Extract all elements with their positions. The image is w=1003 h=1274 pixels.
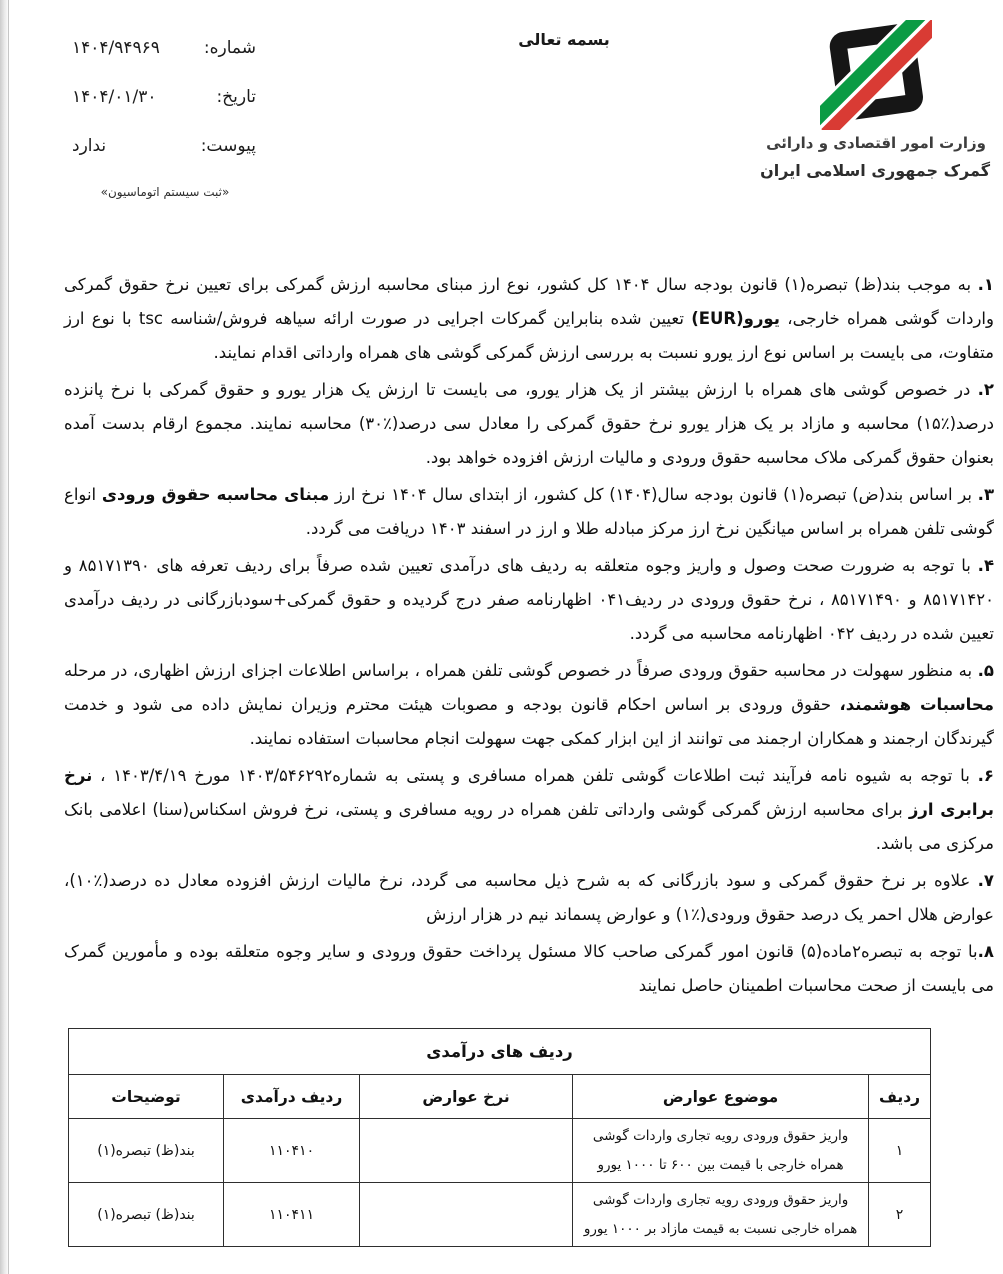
paragraph-bold-text: محاسبات هوشمند، [839,695,994,714]
letter-date-label: تاریخ: [216,87,256,107]
notes-cell: بند(ظ) تبصره(۱) [69,1119,224,1183]
paragraph-text: با توجه به تبصره۲ماده(۵) قانون امور گمرک… [64,942,994,995]
body-paragraph-7: ۷. علاوه بر نرخ حقوق گمرکی و سود بازرگان… [64,864,994,932]
body-paragraph-5: ۵. به منظور سهولت در محاسبه حقوق ورودی ص… [64,654,994,756]
rate-cell [360,1119,573,1183]
paragraph-bold-text: مبنای محاسبه حقوق ورودی [102,485,329,504]
letter-body: ۱. به موجب بند(ظ) تبصره(۱) قانون بودجه س… [64,268,994,1006]
body-paragraph-6: ۶. با توجه به شیوه نامه فرآیند ثبت اطلاع… [64,759,994,861]
paragraph-number: ۴. [978,556,994,575]
ministry-name: وزارت امور اقتصادی و دارائی [762,134,990,152]
attachment-value: ندارد [72,136,106,156]
paragraph-text: بر اساس بند(ض) تبصره(۱) قانون بودجه سال(… [329,485,972,504]
org-header-block: وزارت امور اقتصادی و دارائی گمرک جمهوری … [762,20,990,180]
paragraph-text: برای محاسبه ارزش گمرکی گوشی وارداتی تلفن… [64,800,994,853]
body-paragraph-1: ۱. به موجب بند(ظ) تبصره(۱) قانون بودجه س… [64,268,994,370]
row-number-cell: ۲ [869,1183,931,1247]
letter-attachment-row: پیوست: ندارد [72,136,256,156]
income-row-cell: ۱۱۰۴۱۰ [224,1119,360,1183]
paragraph-number: ۳. [978,485,994,504]
table-title: ردیف های درآمدی [69,1029,931,1075]
table-header-row: ردیف موضوع عوارض نرخ عوارض ردیف درآمدی ت… [69,1075,931,1119]
revenue-rows-table: ردیف های درآمدی ردیف موضوع عوارض نرخ عوا… [68,1028,931,1247]
paragraph-number: ۶. [978,766,994,785]
attachment-label: پیوست: [201,136,256,156]
table-header-rate: نرخ عوارض [360,1075,573,1119]
paragraph-text: با توجه به ضرورت صحت وصول و واریز وجوه م… [64,556,994,643]
letter-date-value: ۱۴۰۴/۰۱/۳۰ [72,87,157,107]
table-row: ۲ واریز حقوق ورودی رویه تجاری واردات گوش… [69,1183,931,1247]
body-paragraph-2: ۲. در خصوص گوشی های همراه با ارزش بیشتر … [64,373,994,475]
paragraph-text: با توجه به شیوه نامه فرآیند ثبت اطلاعات … [92,766,969,785]
letter-date-row: تاریخ: ۱۴۰۴/۰۱/۳۰ [72,87,256,107]
letter-number-label: شماره: [204,38,256,58]
besmellah-heading: بسمه تعالی [518,30,610,49]
table-header-subject: موضوع عوارض [573,1075,869,1119]
table-header-notes: توضیحات [69,1075,224,1119]
notes-cell: بند(ظ) تبصره(۱) [69,1183,224,1247]
body-paragraph-3: ۳. بر اساس بند(ض) تبصره(۱) قانون بودجه س… [64,478,994,546]
subject-cell: واریز حقوق ورودی رویه تجاری واردات گوشی … [573,1119,869,1183]
letter-number-value: ۱۴۰۴/۹۴۹۶۹ [72,38,160,58]
paragraph-number: ۱. [978,275,994,294]
income-row-cell: ۱۱۰۴۱۱ [224,1183,360,1247]
letter-number-row: شماره: ۱۴۰۴/۹۴۹۶۹ [72,38,256,58]
scan-page-edge [0,0,9,1274]
paragraph-bold-text: یورو(EUR) [691,309,780,328]
paragraph-number: ۸. [978,942,994,961]
table-header-row-number: ردیف [869,1075,931,1119]
automation-registration-note: «ثبت سیستم اتوماسیون» [95,185,235,199]
body-paragraph-4: ۴. با توجه به ضرورت صحت وصول و واریز وجو… [64,549,994,651]
paragraph-text: در خصوص گوشی های همراه با ارزش بیشتر از … [64,380,994,467]
body-paragraph-8: ۸.با توجه به تبصره۲ماده(۵) قانون امور گم… [64,935,994,1003]
paragraph-number: ۵. [978,661,994,680]
paragraph-text: علاوه بر نرخ حقوق گمرکی و سود بازرگانی ک… [64,871,994,924]
customs-logo-icon [820,20,932,130]
paragraph-number: ۷. [978,871,994,890]
subject-cell: واریز حقوق ورودی رویه تجاری واردات گوشی … [573,1183,869,1247]
paragraph-text: به منظور سهولت در محاسبه حقوق ورودی صرفا… [64,661,972,680]
table-header-income-row: ردیف درآمدی [224,1075,360,1119]
table-row: ۱ واریز حقوق ورودی رویه تجاری واردات گوش… [69,1119,931,1183]
document-page: بسمه تعالی شماره: ۱۴۰۴/۹۴۹۶۹ تاریخ: ۱۴۰۴… [0,0,1003,1274]
letter-meta-block: شماره: ۱۴۰۴/۹۴۹۶۹ تاریخ: ۱۴۰۴/۰۱/۳۰ پیوس… [72,38,256,185]
rate-cell [360,1183,573,1247]
customs-name: گمرک جمهوری اسلامی ایران [762,161,990,180]
paragraph-number: ۲. [978,380,994,399]
table-title-row: ردیف های درآمدی [69,1029,931,1075]
row-number-cell: ۱ [869,1119,931,1183]
